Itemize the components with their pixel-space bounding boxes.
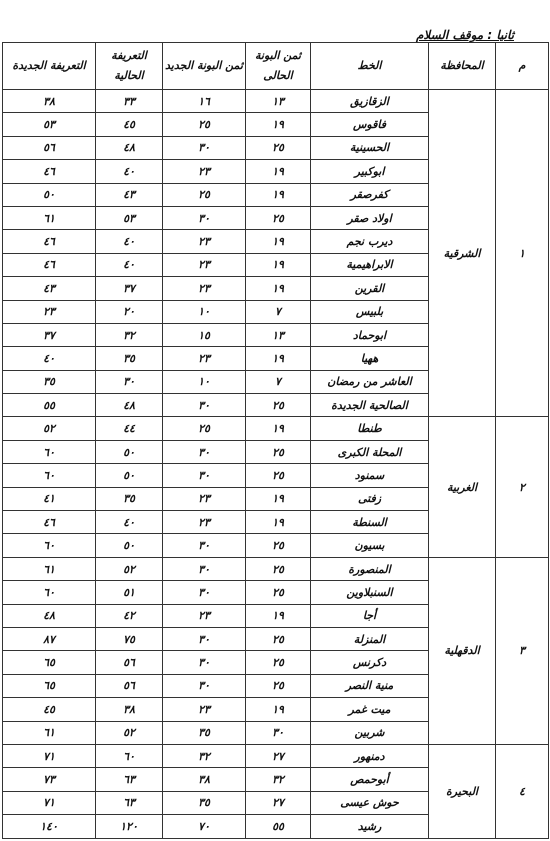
old-price-cell: ٣٠: [246, 721, 311, 744]
new-fare-cell: ٢٣: [3, 300, 96, 323]
new-price-cell: ٣٢: [163, 744, 246, 767]
line-cell: المنصورة: [311, 557, 429, 580]
old-price-cell: ١٣: [246, 323, 311, 346]
old-fare-cell: ٦٣: [96, 791, 163, 814]
new-price-cell: ٢٥: [163, 417, 246, 440]
new-price-cell: ٣٠: [163, 440, 246, 463]
old-price-cell: ١٣: [246, 90, 311, 113]
line-cell: طنطا: [311, 417, 429, 440]
line-cell: ديرب نجم: [311, 230, 429, 253]
old-price-cell: ٧: [246, 370, 311, 393]
table-row: ٤البحيرةدمنهور٢٧٣٢٦٠٧١: [3, 744, 549, 767]
new-price-cell: ٣٥: [163, 791, 246, 814]
row-number: ٤: [496, 744, 549, 838]
row-number: ٢: [496, 417, 549, 557]
old-fare-cell: ٥٠: [96, 440, 163, 463]
new-price-cell: ٢٥: [163, 113, 246, 136]
old-price-cell: ٢٥: [246, 674, 311, 697]
old-price-cell: ٢٥: [246, 440, 311, 463]
old-fare-cell: ٣٢: [96, 323, 163, 346]
old-fare-cell: ٤٠: [96, 160, 163, 183]
line-cell: اولاد صقر: [311, 206, 429, 229]
line-cell: السنبلاوين: [311, 581, 429, 604]
new-fare-cell: ٦٥: [3, 674, 96, 697]
old-price-cell: ١٩: [246, 698, 311, 721]
new-fare-cell: ٦٠: [3, 581, 96, 604]
new-fare-cell: ٦٥: [3, 651, 96, 674]
old-fare-cell: ٣٠: [96, 370, 163, 393]
old-price-cell: ٢٥: [246, 627, 311, 650]
new-price-cell: ١٦: [163, 90, 246, 113]
line-cell: أبوحمص: [311, 768, 429, 791]
old-fare-cell: ٤٣: [96, 183, 163, 206]
old-fare-cell: ٤٠: [96, 253, 163, 276]
new-fare-cell: ٣٥: [3, 370, 96, 393]
new-fare-cell: ٧٣: [3, 768, 96, 791]
new-fare-cell: ٤٥: [3, 698, 96, 721]
new-price-cell: ٣٠: [163, 651, 246, 674]
line-cell: العاشر من رمضان: [311, 370, 429, 393]
old-fare-cell: ٤٢: [96, 604, 163, 627]
old-fare-cell: ٥٦: [96, 651, 163, 674]
new-price-cell: ٣٠: [163, 394, 246, 417]
new-fare-cell: ٤٦: [3, 511, 96, 534]
line-cell: الصالحية الجديدة: [311, 394, 429, 417]
new-price-cell: ٧٠: [163, 815, 246, 838]
header-new-fare: التعريفة الجديدة: [3, 43, 96, 90]
line-cell: المنزلة: [311, 627, 429, 650]
new-price-cell: ٢٣: [163, 253, 246, 276]
new-fare-cell: ٥٣: [3, 113, 96, 136]
line-cell: بلبيس: [311, 300, 429, 323]
new-price-cell: ٣٠: [163, 136, 246, 159]
line-cell: الحسينية: [311, 136, 429, 159]
governorate-cell: الشرقية: [429, 90, 496, 417]
line-cell: المحلة الكبرى: [311, 440, 429, 463]
old-fare-cell: ٦٣: [96, 768, 163, 791]
old-fare-cell: ٤٤: [96, 417, 163, 440]
old-price-cell: ١٩: [246, 253, 311, 276]
old-price-cell: ١٩: [246, 160, 311, 183]
new-fare-cell: ٣٧: [3, 323, 96, 346]
table-row: ٢الغربيةطنطا١٩٢٥٤٤٥٢: [3, 417, 549, 440]
old-price-cell: ١٩: [246, 113, 311, 136]
line-cell: سمنود: [311, 464, 429, 487]
new-price-cell: ٣٠: [163, 581, 246, 604]
new-fare-cell: ٦٠: [3, 440, 96, 463]
old-price-cell: ١٩: [246, 487, 311, 510]
old-price-cell: ١٩: [246, 417, 311, 440]
governorate-cell: الدقهلية: [429, 557, 496, 744]
old-fare-cell: ٧٥: [96, 627, 163, 650]
new-price-cell: ٢٣: [163, 230, 246, 253]
old-fare-cell: ٥٢: [96, 557, 163, 580]
governorate-cell: الغربية: [429, 417, 496, 557]
new-fare-cell: ٤٦: [3, 230, 96, 253]
new-fare-cell: ٤١: [3, 487, 96, 510]
old-price-cell: ١٩: [246, 183, 311, 206]
line-cell: رشيد: [311, 815, 429, 838]
new-fare-cell: ١٤٠: [3, 815, 96, 838]
new-price-cell: ٣٠: [163, 534, 246, 557]
old-fare-cell: ٥٣: [96, 206, 163, 229]
line-cell: دمنهور: [311, 744, 429, 767]
line-cell: حوش عيسى: [311, 791, 429, 814]
old-fare-cell: ٣٧: [96, 277, 163, 300]
header-old-price: ثمن البونة الحالى: [246, 43, 311, 90]
governorate-cell: البحيرة: [429, 744, 496, 838]
new-fare-cell: ٥٢: [3, 417, 96, 440]
new-price-cell: ٣٠: [163, 206, 246, 229]
new-price-cell: ٣٨: [163, 768, 246, 791]
new-price-cell: ٢٥: [163, 183, 246, 206]
new-price-cell: ٢٣: [163, 511, 246, 534]
new-price-cell: ٢٣: [163, 347, 246, 370]
old-price-cell: ٢٧: [246, 744, 311, 767]
old-fare-cell: ٤٠: [96, 511, 163, 534]
new-fare-cell: ٥٥: [3, 394, 96, 417]
old-price-cell: ٢٥: [246, 394, 311, 417]
old-price-cell: ٢٥: [246, 651, 311, 674]
header-num: م: [496, 43, 549, 90]
line-cell: ابوكبير: [311, 160, 429, 183]
new-fare-cell: ٨٧: [3, 627, 96, 650]
old-fare-cell: ٣٥: [96, 347, 163, 370]
new-price-cell: ١٠: [163, 300, 246, 323]
new-fare-cell: ٦٠: [3, 464, 96, 487]
line-cell: منية النصر: [311, 674, 429, 697]
old-fare-cell: ٣٣: [96, 90, 163, 113]
old-fare-cell: ٥٠: [96, 534, 163, 557]
old-price-cell: ٢٧: [246, 791, 311, 814]
new-fare-cell: ٤٨: [3, 604, 96, 627]
line-cell: شربين: [311, 721, 429, 744]
old-price-cell: ٧: [246, 300, 311, 323]
new-price-cell: ٢٣: [163, 277, 246, 300]
line-cell: كفرصقر: [311, 183, 429, 206]
new-price-cell: ٢٣: [163, 160, 246, 183]
old-price-cell: ١٩: [246, 230, 311, 253]
new-price-cell: ٣٠: [163, 674, 246, 697]
new-fare-cell: ٦١: [3, 206, 96, 229]
section-title: ثانيا : موقف السلام: [416, 28, 514, 42]
line-cell: القرين: [311, 277, 429, 300]
old-fare-cell: ٣٥: [96, 487, 163, 510]
old-fare-cell: ٥٠: [96, 464, 163, 487]
old-fare-cell: ٤٨: [96, 394, 163, 417]
new-fare-cell: ٦١: [3, 721, 96, 744]
line-cell: الابراهيمية: [311, 253, 429, 276]
new-fare-cell: ٣٨: [3, 90, 96, 113]
old-price-cell: ١٩: [246, 277, 311, 300]
new-price-cell: ٣٠: [163, 464, 246, 487]
old-fare-cell: ٤٥: [96, 113, 163, 136]
line-cell: السنطة: [311, 511, 429, 534]
line-cell: الزقازيق: [311, 90, 429, 113]
header-old-fare: التعريفة الحالية: [96, 43, 163, 90]
new-fare-cell: ٦٠: [3, 534, 96, 557]
new-price-cell: ٣٥: [163, 721, 246, 744]
row-number: ٣: [496, 557, 549, 744]
old-price-cell: ١٩: [246, 604, 311, 627]
new-price-cell: ٢٣: [163, 487, 246, 510]
header-line: الخط: [311, 43, 429, 90]
old-fare-cell: ١٢٠: [96, 815, 163, 838]
new-price-cell: ١٠: [163, 370, 246, 393]
old-price-cell: ٢٥: [246, 557, 311, 580]
old-fare-cell: ٤٠: [96, 230, 163, 253]
new-price-cell: ٢٣: [163, 698, 246, 721]
old-fare-cell: ٢٠: [96, 300, 163, 323]
old-price-cell: ١٩: [246, 347, 311, 370]
fare-table: م المحافظة الخط ثمن البونة الحالى ثمن ال…: [2, 42, 549, 839]
old-fare-cell: ٣٨: [96, 698, 163, 721]
old-fare-cell: ٦٠: [96, 744, 163, 767]
old-price-cell: ٣٢: [246, 768, 311, 791]
new-price-cell: ٢٣: [163, 604, 246, 627]
old-fare-cell: ٥٦: [96, 674, 163, 697]
new-price-cell: ٣٠: [163, 557, 246, 580]
line-cell: بسيون: [311, 534, 429, 557]
new-fare-cell: ٥٠: [3, 183, 96, 206]
table-body: ١الشرقيةالزقازيق١٣١٦٣٣٣٨فاقوس١٩٢٥٤٥٥٣الح…: [3, 90, 549, 839]
new-price-cell: ١٥: [163, 323, 246, 346]
old-price-cell: ٢٥: [246, 136, 311, 159]
header-row: م المحافظة الخط ثمن البونة الحالى ثمن ال…: [3, 43, 549, 90]
new-fare-cell: ٤٦: [3, 160, 96, 183]
old-price-cell: ٢٥: [246, 206, 311, 229]
line-cell: ههيا: [311, 347, 429, 370]
header-governorate: المحافظة: [429, 43, 496, 90]
line-cell: ميت غمر: [311, 698, 429, 721]
new-price-cell: ٣٠: [163, 627, 246, 650]
line-cell: ابوحماد: [311, 323, 429, 346]
new-fare-cell: ٦١: [3, 557, 96, 580]
new-fare-cell: ٤٦: [3, 253, 96, 276]
old-price-cell: ٥٥: [246, 815, 311, 838]
line-cell: أجا: [311, 604, 429, 627]
new-fare-cell: ٥٦: [3, 136, 96, 159]
line-cell: فاقوس: [311, 113, 429, 136]
old-fare-cell: ٥٢: [96, 721, 163, 744]
new-fare-cell: ٤٣: [3, 277, 96, 300]
header-new-price: ثمن البونة الجديد: [163, 43, 246, 90]
new-fare-cell: ٤٠: [3, 347, 96, 370]
table-row: ٣الدقهليةالمنصورة٢٥٣٠٥٢٦١: [3, 557, 549, 580]
old-price-cell: ١٩: [246, 511, 311, 534]
old-price-cell: ٢٥: [246, 464, 311, 487]
old-fare-cell: ٥١: [96, 581, 163, 604]
line-cell: دكرنس: [311, 651, 429, 674]
old-price-cell: ٢٥: [246, 534, 311, 557]
new-fare-cell: ٧١: [3, 744, 96, 767]
old-price-cell: ٢٥: [246, 581, 311, 604]
new-fare-cell: ٧١: [3, 791, 96, 814]
line-cell: زفتى: [311, 487, 429, 510]
table-row: ١الشرقيةالزقازيق١٣١٦٣٣٣٨: [3, 90, 549, 113]
old-fare-cell: ٤٨: [96, 136, 163, 159]
row-number: ١: [496, 90, 549, 417]
